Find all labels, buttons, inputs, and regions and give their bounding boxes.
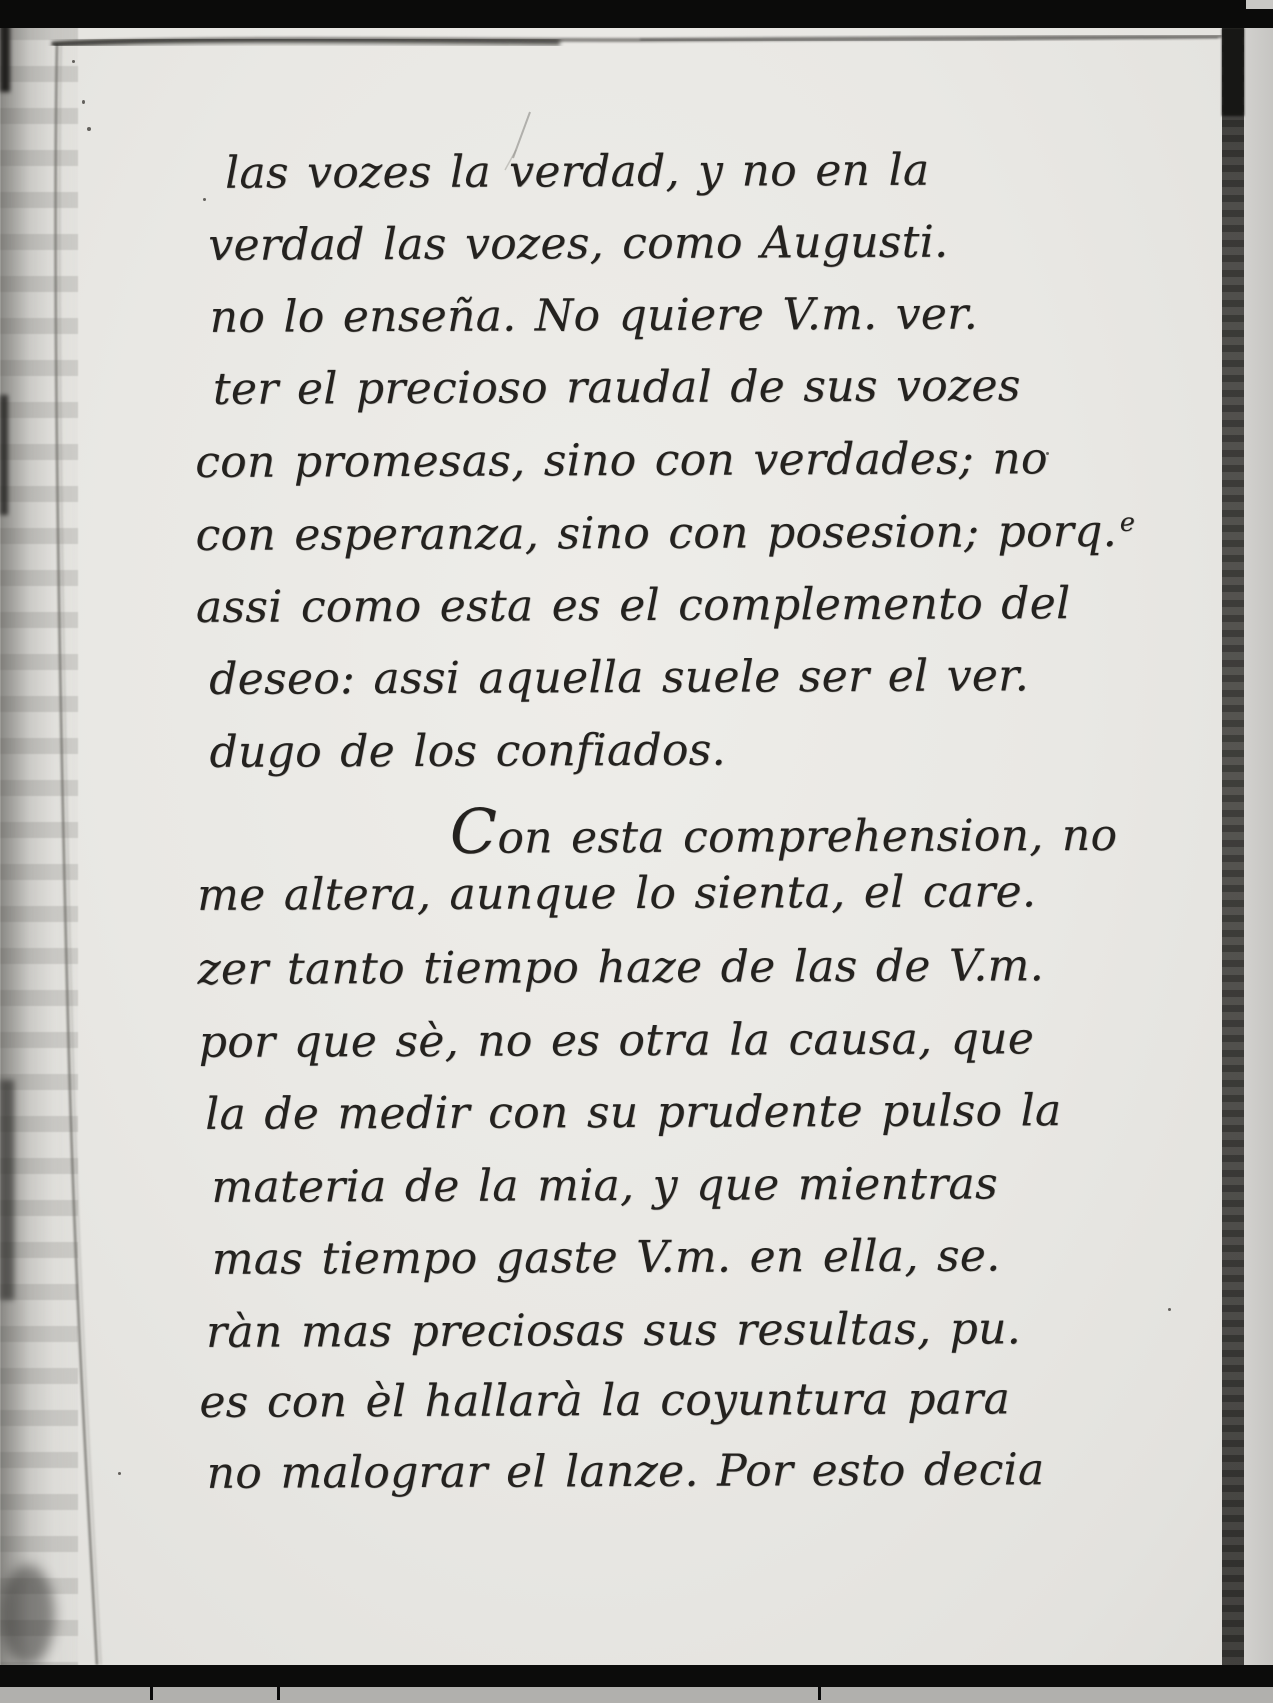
ruler-tick [277,1687,280,1700]
ruler-tick [818,1687,821,1700]
manuscript-line-15: materia de la mia, y que mientras [211,1158,998,1212]
manuscript-line-12: zer tanto tiempo haze de las de V.m. [197,940,1044,995]
manuscript-line-13: por que sè, no es otra la causa, que [199,1013,1034,1068]
manuscript-line-8: deseo: assi aquella suele ser el ver. [209,650,1029,705]
book-binding-gutter-strip [1222,0,1244,1703]
binding-top-dark-blob [1222,28,1244,116]
manuscript-line-19: no malograr el lanze. Por esto decia [207,1444,1045,1499]
scanned-manuscript-page: las vozes la verdad, y no en la verdad l… [0,0,1273,1703]
manuscript-line-7: assi como esta es el complemento del [196,578,1071,633]
manuscript-line-11: me altera, aunque lo sienta, el care. [197,866,1036,921]
manuscript-line-5: con promesas, sino con verdades; no [195,433,1048,488]
manuscript-line-6: con esperanza, sino con posesion; porq.e [196,506,1136,561]
manuscript-line-10-paragraph-start: Con esta comprehension, no [450,793,1118,868]
bottom-ruler-strip [0,1687,1273,1703]
ruler-tick [150,1687,153,1700]
manuscript-line-18: es con èl hallarà la coyuntura para [199,1373,1010,1428]
manuscript-line-16: mas tiempo gaste V.m. en ella, se. [212,1230,1001,1284]
manuscript-line-1: las vozes la verdad, y no en la [225,145,930,199]
scanner-black-band-bottom [0,1665,1273,1687]
scanner-black-band-top [0,0,1273,28]
manuscript-line-6-text: con esperanza, sino con posesion; porq. [196,506,1118,561]
superscript-e: e [1120,508,1136,538]
manuscript-line-9: dugo de los confiados. [209,725,726,778]
manuscript-line-4: ter el precioso raudal de sus vozes [213,360,1021,415]
manuscript-line-14: la de medir con su prudente pulso la [205,1085,1062,1140]
manuscript-line-3: no lo enseña. No quiere V.m. ver. [210,289,979,343]
handwritten-text-block: las vozes la verdad, y no en la verdad l… [0,0,1273,1703]
top-right-gray-notch [1246,0,1273,9]
manuscript-line-17: ràn mas preciosas sus resultas, pu. [206,1303,1021,1358]
right-scan-margin [1244,0,1273,1703]
manuscript-line-2: verdad las vozes, como Augusti. [208,217,948,271]
